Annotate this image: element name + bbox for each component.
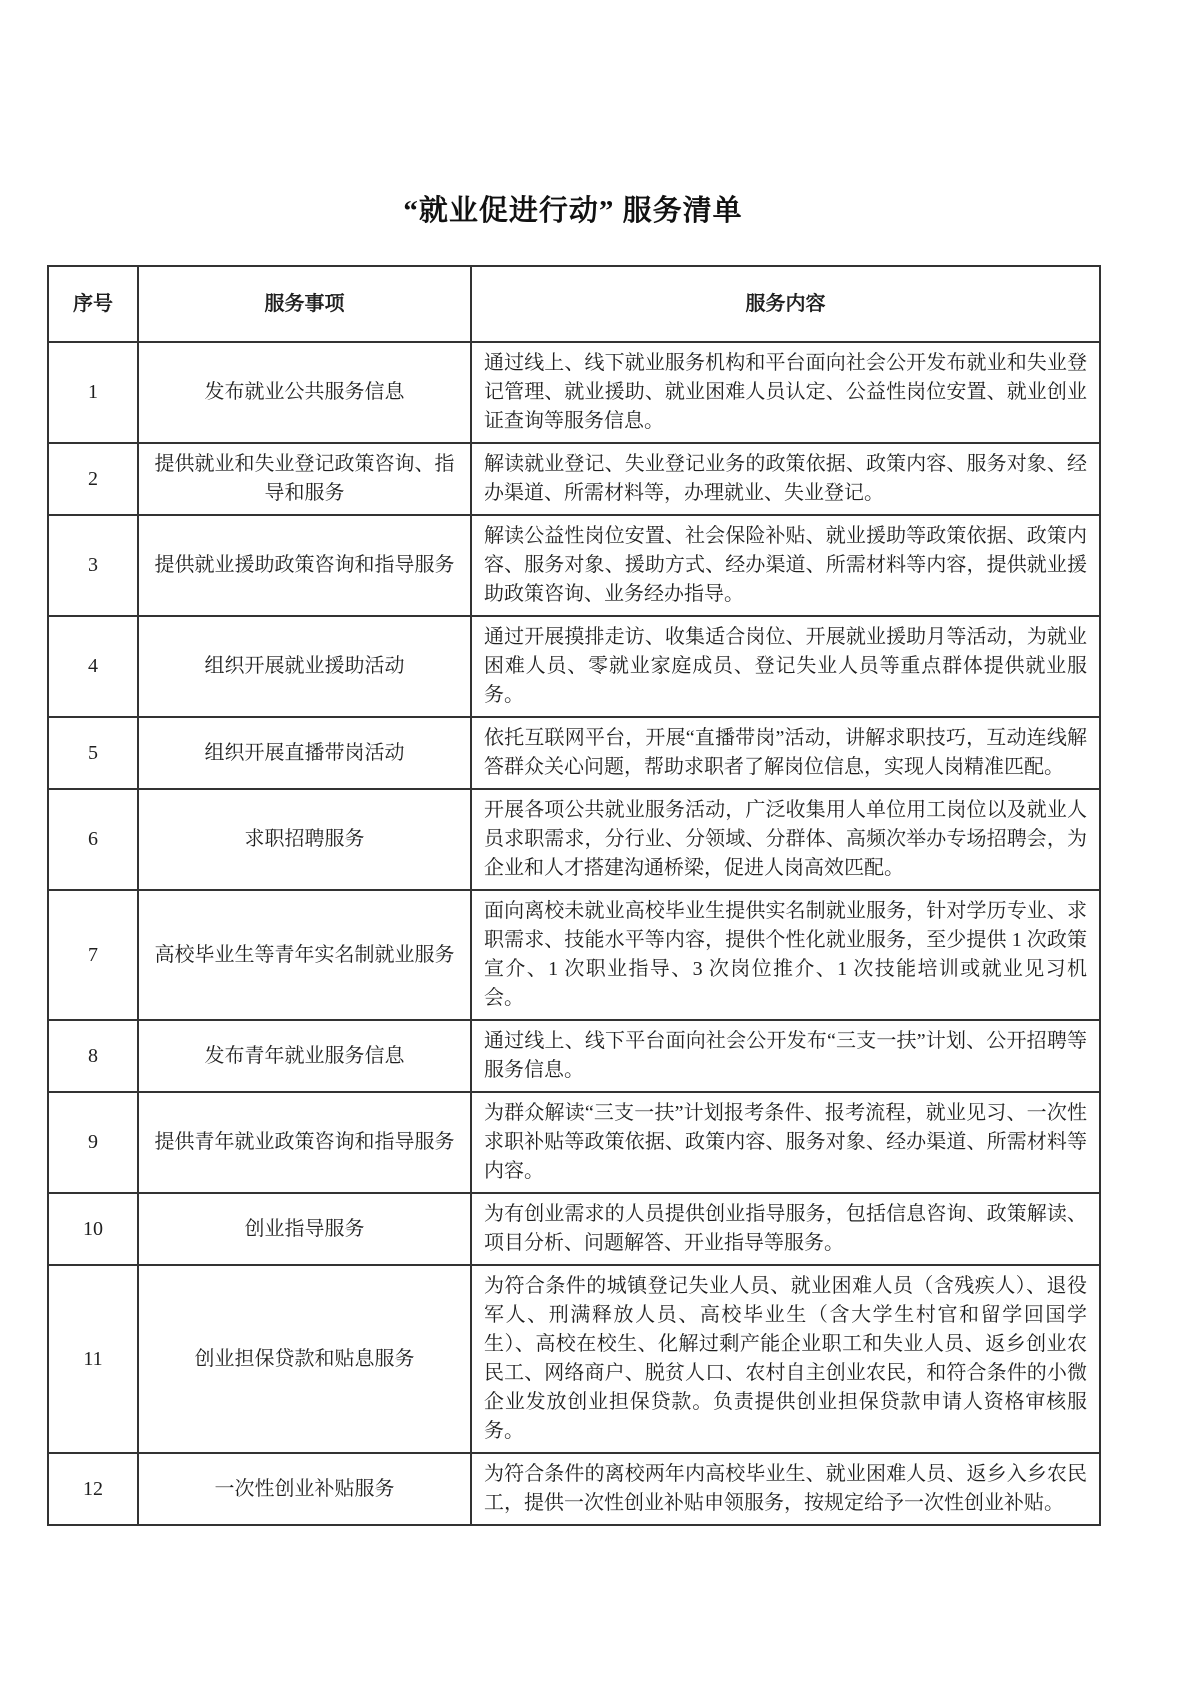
table-row: 11 创业担保贷款和贴息服务 为符合条件的城镇登记失业人员、就业困难人员（含残疾… [48, 1265, 1100, 1453]
service-content-cell: 开展各项公共就业服务活动，广泛收集用人单位用工岗位以及就业人员求职需求，分行业、… [471, 789, 1100, 890]
service-list-table: 序号 服务事项 服务内容 1 发布就业公共服务信息 通过线上、线下就业服务机构和… [47, 265, 1101, 1526]
table-row: 9 提供青年就业政策咨询和指导服务 为群众解读“三支一扶”计划报考条件、报考流程… [48, 1092, 1100, 1193]
service-content-cell: 解读公益性岗位安置、社会保险补贴、就业援助等政策依据、政策内容、服务对象、援助方… [471, 515, 1100, 616]
row-number-cell: 6 [48, 789, 138, 890]
service-content-cell: 为符合条件的城镇登记失业人员、就业困难人员（含残疾人）、退役军人、刑满释放人员、… [471, 1265, 1100, 1453]
table-row: 3 提供就业援助政策咨询和指导服务 解读公益性岗位安置、社会保险补贴、就业援助等… [48, 515, 1100, 616]
column-header-service-content: 服务内容 [471, 266, 1100, 342]
column-header-service-item: 服务事项 [138, 266, 471, 342]
table-row: 4 组织开展就业援助活动 通过开展摸排走访、收集适合岗位、开展就业援助月等活动，… [48, 616, 1100, 717]
row-number-cell: 2 [48, 443, 138, 515]
row-number-cell: 7 [48, 890, 138, 1020]
service-content-cell: 依托互联网平台，开展“直播带岗”活动，讲解求职技巧，互动连线解答群众关心问题，帮… [471, 717, 1100, 789]
row-number-cell: 9 [48, 1092, 138, 1193]
service-item-cell: 提供就业和失业登记政策咨询、指导和服务 [138, 443, 471, 515]
service-item-cell: 组织开展直播带岗活动 [138, 717, 471, 789]
table-row: 5 组织开展直播带岗活动 依托互联网平台，开展“直播带岗”活动，讲解求职技巧，互… [48, 717, 1100, 789]
row-number-cell: 3 [48, 515, 138, 616]
row-number-cell: 10 [48, 1193, 138, 1265]
service-content-cell: 解读就业登记、失业登记业务的政策依据、政策内容、服务对象、经办渠道、所需材料等，… [471, 443, 1100, 515]
page-title: “就业促进行动” 服务清单 [47, 188, 1099, 229]
table-row: 10 创业指导服务 为有创业需求的人员提供创业指导服务，包括信息咨询、政策解读、… [48, 1193, 1100, 1265]
table-header-row: 序号 服务事项 服务内容 [48, 266, 1100, 342]
service-content-cell: 为符合条件的离校两年内高校毕业生、就业困难人员、返乡入乡农民工，提供一次性创业补… [471, 1453, 1100, 1525]
service-content-cell: 面向离校未就业高校毕业生提供实名制就业服务，针对学历专业、求职需求、技能水平等内… [471, 890, 1100, 1020]
service-item-cell: 发布青年就业服务信息 [138, 1020, 471, 1092]
row-number-cell: 12 [48, 1453, 138, 1525]
service-item-cell: 组织开展就业援助活动 [138, 616, 471, 717]
table-row: 2 提供就业和失业登记政策咨询、指导和服务 解读就业登记、失业登记业务的政策依据… [48, 443, 1100, 515]
row-number-cell: 1 [48, 342, 138, 443]
service-content-cell: 通过线上、线下平台面向社会公开发布“三支一扶”计划、公开招聘等服务信息。 [471, 1020, 1100, 1092]
service-content-cell: 通过开展摸排走访、收集适合岗位、开展就业援助月等活动，为就业困难人员、零就业家庭… [471, 616, 1100, 717]
table-row: 12 一次性创业补贴服务 为符合条件的离校两年内高校毕业生、就业困难人员、返乡入… [48, 1453, 1100, 1525]
service-content-cell: 为群众解读“三支一扶”计划报考条件、报考流程，就业见习、一次性求职补贴等政策依据… [471, 1092, 1100, 1193]
service-item-cell: 发布就业公共服务信息 [138, 342, 471, 443]
service-item-cell: 提供就业援助政策咨询和指导服务 [138, 515, 471, 616]
table-body: 1 发布就业公共服务信息 通过线上、线下就业服务机构和平台面向社会公开发布就业和… [48, 342, 1100, 1525]
service-item-cell: 创业指导服务 [138, 1193, 471, 1265]
service-item-cell: 创业担保贷款和贴息服务 [138, 1265, 471, 1453]
service-content-cell: 为有创业需求的人员提供创业指导服务，包括信息咨询、政策解读、项目分析、问题解答、… [471, 1193, 1100, 1265]
column-header-no: 序号 [48, 266, 138, 342]
row-number-cell: 11 [48, 1265, 138, 1453]
service-content-cell: 通过线上、线下就业服务机构和平台面向社会公开发布就业和失业登记管理、就业援助、就… [471, 342, 1100, 443]
table-row: 6 求职招聘服务 开展各项公共就业服务活动，广泛收集用人单位用工岗位以及就业人员… [48, 789, 1100, 890]
service-item-cell: 高校毕业生等青年实名制就业服务 [138, 890, 471, 1020]
table-row: 7 高校毕业生等青年实名制就业服务 面向离校未就业高校毕业生提供实名制就业服务，… [48, 890, 1100, 1020]
table-header: 序号 服务事项 服务内容 [48, 266, 1100, 342]
row-number-cell: 8 [48, 1020, 138, 1092]
service-item-cell: 一次性创业补贴服务 [138, 1453, 471, 1525]
service-item-cell: 提供青年就业政策咨询和指导服务 [138, 1092, 471, 1193]
row-number-cell: 5 [48, 717, 138, 789]
table-row: 1 发布就业公共服务信息 通过线上、线下就业服务机构和平台面向社会公开发布就业和… [48, 342, 1100, 443]
table-row: 8 发布青年就业服务信息 通过线上、线下平台面向社会公开发布“三支一扶”计划、公… [48, 1020, 1100, 1092]
row-number-cell: 4 [48, 616, 138, 717]
document-page: “就业促进行动” 服务清单 序号 服务事项 服务内容 1 发布就业公共服务信息 … [47, 0, 1099, 1526]
service-item-cell: 求职招聘服务 [138, 789, 471, 890]
